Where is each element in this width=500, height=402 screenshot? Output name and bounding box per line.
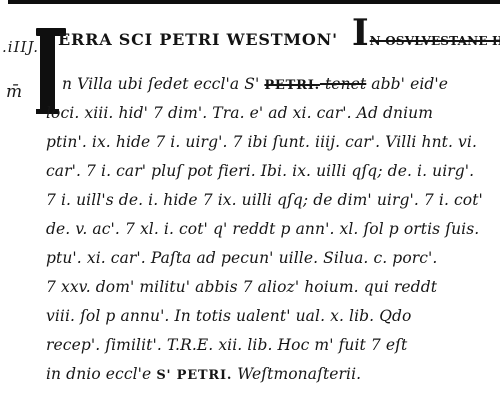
manuscript-line: ptin'. ix. hide 7 i. uirg'. 7 ibi ſunt. …: [46, 128, 483, 157]
margin-entry-number: .iIIJ.: [2, 38, 39, 56]
line-segment: ptu'. xi. car'. Paſta ad pecun' uille. S…: [46, 249, 437, 267]
line-segment: ptin'. ix. hide 7 i. uirg'. 7 ibi ſunt. …: [46, 133, 477, 151]
line-segment: Weſtmonaſterii.: [232, 365, 361, 383]
line-segment: 7 i. uill's de. i. hide 7 ix. uilli qſq;…: [46, 191, 483, 209]
heading-line: ERRA SCI PETRI WESTMON' I N OSVLVESTANE …: [58, 30, 498, 49]
heading-hundred-name-struck: N OSVLVESTANE HD̄: [370, 34, 500, 48]
manuscript-line: car'. 7 i. car' pluſ pot fieri. Ibi. ix.…: [46, 157, 483, 186]
line-segment: in dnio eccl'e: [46, 365, 156, 383]
manuscript-line: recep'. ſimilit'. T.R.E. xii. lib. Hoc m…: [46, 331, 483, 360]
line-segment: 7 xxv. dom' militu' abbis 7 alioz' hoium…: [46, 278, 437, 296]
line-segment: viii. ſol p annu'. In totis ualent' ual.…: [46, 307, 411, 325]
top-border-line: [8, 0, 500, 4]
line-segment: car'. 7 i. car' pluſ pot fieri. Ibi. ix.…: [46, 162, 474, 180]
line-segment: abb' eid'e: [366, 75, 448, 93]
manuscript-body: n Villa ubi ſedet eccl'a S' PETRI. tenet…: [46, 70, 483, 389]
line-segment: tenet: [320, 75, 366, 93]
line-segment: recep'. ſimilit'. T.R.E. xii. lib. Hoc m…: [46, 336, 407, 354]
manuscript-line: 7 i. uill's de. i. hide 7 ix. uilli qſq;…: [46, 186, 483, 215]
line-segment: n Villa ubi ſedet eccl'a S': [62, 75, 264, 93]
line-segment: loci. xiii. hid' 7 dim'. Tra. e' ad xi. …: [46, 104, 433, 122]
manuscript-line: 7 xxv. dom' militu' abbis 7 alioz' hoium…: [46, 273, 483, 302]
line-segment: PETRI.: [264, 78, 320, 93]
manuscript-line: in dnio eccl'e S' PETRI. Weſtmonaſterii.: [46, 360, 483, 389]
manuscript-line: n Villa ubi ſedet eccl'a S' PETRI. tenet…: [46, 70, 483, 99]
manuscript-line: loci. xiii. hid' 7 dim'. Tra. e' ad xi. …: [46, 99, 483, 128]
manuscript-line: de. v. ac'. 7 xl. i. cot' q' reddt p ann…: [46, 215, 483, 244]
manuscript-line: ptu'. xi. car'. Paſta ad pecun' uille. S…: [46, 244, 483, 273]
line-segment: de. v. ac'. 7 xl. i. cot' q' reddt p ann…: [46, 220, 479, 238]
manuscript-page: .iIIJ. m̄ ERRA SCI PETRI WESTMON' I N OS…: [0, 0, 500, 402]
heading-title: ERRA SCI PETRI WESTMON': [58, 30, 338, 49]
margin-manor-mark: m̄: [6, 82, 22, 102]
manuscript-line: viii. ſol p annu'. In totis ualent' ual.…: [46, 302, 483, 331]
line-segment: S' PETRI.: [156, 368, 232, 383]
